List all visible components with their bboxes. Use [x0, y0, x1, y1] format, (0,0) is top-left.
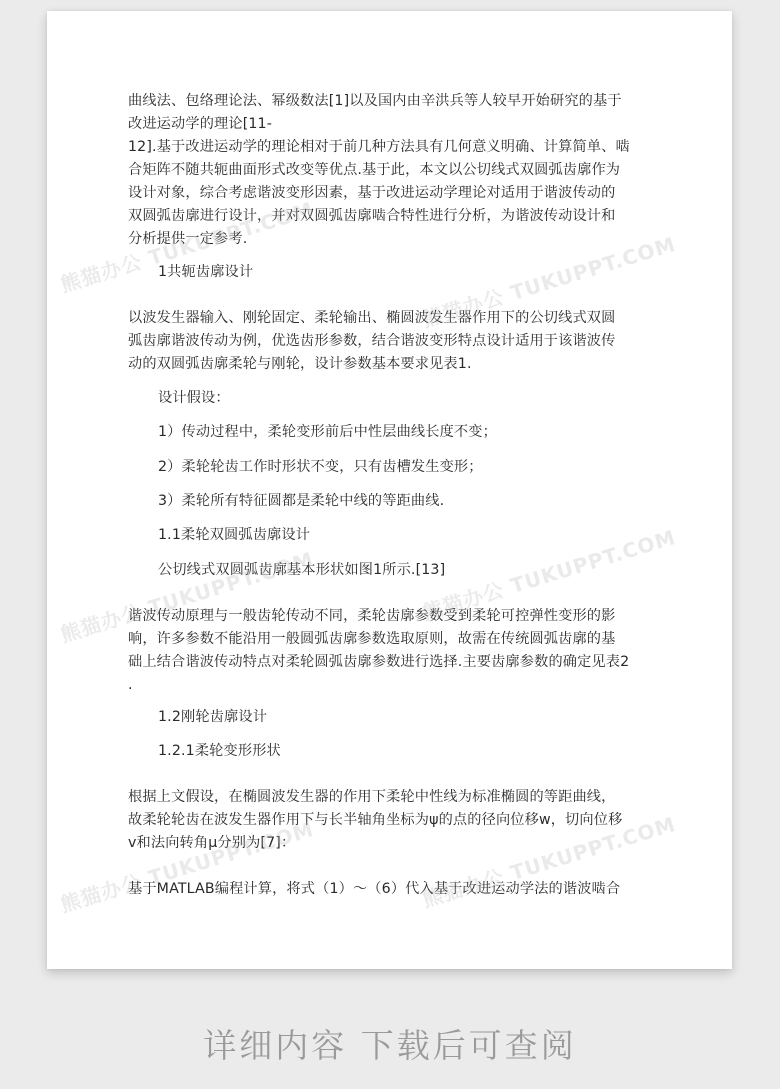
document-heading-line: 1.2刚轮齿廓设计 — [158, 707, 267, 727]
document-text-line: 以波发生器输入、刚轮固定、柔轮输出、椭圆波发生器作用下的公切线式双圆 — [128, 308, 615, 328]
document-heading-line: 设计假设： — [158, 388, 230, 408]
document-text-line: 谐波传动原理与一般齿轮传动不同，柔轮齿廓参数受到柔轮可控弹性变形的影 — [128, 606, 615, 626]
document-text-line: 12].基于改进运动学的理论相对于前几种方法具有几何意义明确、计算简单、啮 — [128, 137, 630, 157]
document-text-line: 弧齿廓谐波传动为例，优选齿形参数，结合谐波变形特点设计适用于该谐波传 — [128, 331, 615, 351]
document-text-line: 动的双圆弧齿廓柔轮与刚轮，设计参数基本要求见表1. — [128, 354, 472, 374]
document-heading-line: 1共轭齿廓设计 — [158, 262, 253, 282]
document-heading-line: 1）传动过程中，柔轮变形前后中性层曲线长度不变； — [158, 422, 497, 442]
document-text-line: 设计对象，综合考虑谐波变形因素，基于改进运动学理论对适用于谐波传动的 — [128, 183, 615, 203]
document-page: 曲线法、包络理论法、幂级数法[1]以及国内由辛洪兵等人较早开始研究的基于改进运动… — [47, 11, 732, 969]
document-text-line: 根据上文假设，在椭圆波发生器的作用下柔轮中性线为标准椭圆的等距曲线， — [128, 787, 615, 807]
document-text-line: 基于MATLAB编程计算，将式（1）～（6）代入基于改进运动学法的谐波啮合 — [128, 879, 620, 899]
document-heading-line: 1.2.1柔轮变形形状 — [158, 741, 281, 761]
document-text-line: 曲线法、包络理论法、幂级数法[1]以及国内由辛洪兵等人较早开始研究的基于 — [128, 91, 622, 111]
document-heading-line: 1.1柔轮双圆弧齿廓设计 — [158, 525, 310, 545]
document-heading-line: 2）柔轮轮齿工作时形状不变，只有齿槽发生变形； — [158, 457, 483, 477]
document-text-line: 故柔轮轮齿在波发生器作用下与长半轴角坐标为ψ的点的径向位移w，切向位移 — [128, 810, 622, 830]
download-hint-text: 详细内容 下载后可查阅 — [0, 1020, 780, 1067]
document-text-line: 响，许多参数不能沿用一般圆弧齿廓参数选取原则，故需在传统圆弧齿廓的基 — [128, 629, 615, 649]
document-text-line: 分析提供一定参考. — [128, 229, 247, 249]
document-text-line: v和法向转角μ分别为[7]： — [128, 833, 295, 853]
document-heading-line: 公切线式双圆弧齿廓基本形状如图1所示.[13] — [158, 560, 445, 580]
document-heading-line: 3）柔轮所有特征圆都是柔轮中线的等距曲线. — [158, 491, 444, 511]
document-text-line: 双圆弧齿廓进行设计，并对双圆弧齿廓啮合特性进行分析，为谐波传动设计和 — [128, 206, 615, 226]
document-text-line: . — [128, 675, 133, 695]
document-text-line: 改进运动学的理论[11- — [128, 114, 272, 134]
document-text-line: 础上结合谐波传动特点对柔轮圆弧齿廓参数进行选择.主要齿廓参数的确定见表2 — [128, 652, 629, 672]
document-text-line: 合矩阵不随共轭曲面形式改变等优点.基于此，本文以公切线式双圆弧齿廓作为 — [128, 160, 620, 180]
